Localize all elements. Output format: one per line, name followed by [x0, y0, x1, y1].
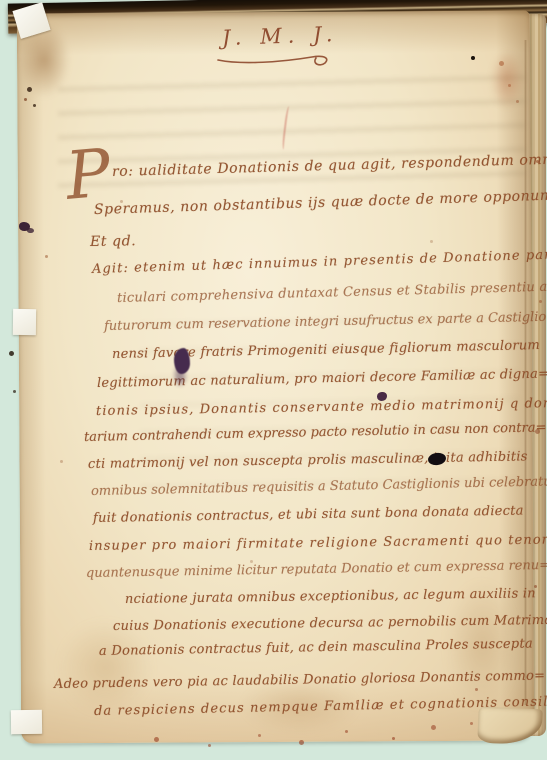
corner-curl-bottom-right	[477, 707, 543, 746]
ink-blot-purple-small	[19, 222, 30, 231]
ink-blot-purple-large	[174, 348, 190, 374]
manuscript-line: Et qd.	[90, 233, 137, 250]
ink-speck-top-right	[471, 56, 475, 60]
monogram-underline-flourish	[212, 22, 342, 70]
manuscript-scan: J. M. J. P ro: ualiditate Donationis de …	[0, 0, 547, 760]
monogram-jmj: J. M. J.	[212, 22, 342, 70]
archival-sticker-left	[13, 309, 36, 335]
archival-sticker-bottom-left	[11, 710, 42, 735]
foxing-specks	[0, 0, 3, 3]
drop-cap-initial: P	[63, 140, 113, 210]
